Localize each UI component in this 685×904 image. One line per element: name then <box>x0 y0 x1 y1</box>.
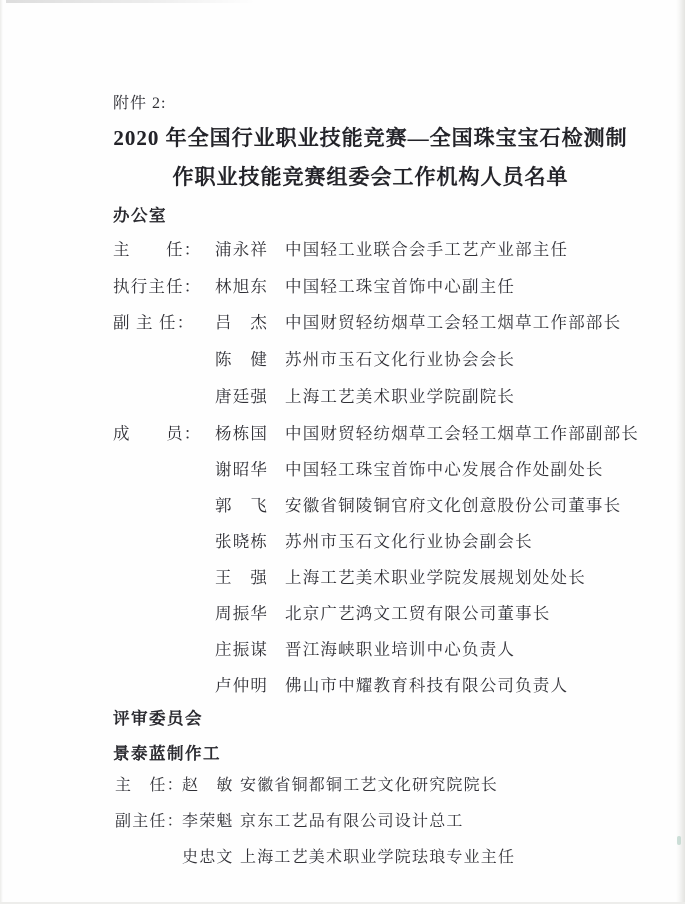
row-name: 陈 健 <box>215 350 285 370</box>
row-name: 林旭东 <box>215 277 285 297</box>
row-org: 京东工艺品有限公司设计总工 <box>240 812 464 832</box>
roster-row: 周振华北京广艺鸿文工贸有限公司董事长 <box>113 604 551 624</box>
row-org: 上海工艺美术职业学院发展规划处处长 <box>285 568 586 588</box>
row-name: 吕 杰 <box>215 313 285 333</box>
row-label: 主 任： <box>113 240 215 260</box>
roster-row: 唐廷强上海工艺美术职业学院副院长 <box>113 387 515 407</box>
roster-row: 成 员：杨栋国中国财贸轻纺烟草工会轻工烟草工作部副部长 <box>113 424 639 444</box>
row-org: 中国轻工业联合会手工艺产业部主任 <box>285 240 568 260</box>
scan-edge-artifact-right <box>676 0 685 904</box>
row-name: 唐廷强 <box>215 387 285 407</box>
row-org: 中国轻工珠宝首饰中心发展合作处副处长 <box>285 460 604 480</box>
document-title: 2020 年全国行业职业技能竞赛—全国珠宝宝石检测制 作职业技能竞赛组委会工作机… <box>88 119 653 196</box>
row-label: 执行主任： <box>113 277 215 297</box>
row-name: 庄振谋 <box>215 640 285 660</box>
section-heading-office: 办公室 <box>113 202 167 226</box>
row-name: 浦永祥 <box>215 240 285 260</box>
row-name: 王 强 <box>215 568 285 588</box>
roster-row: 谢昭华中国轻工珠宝首饰中心发展合作处副处长 <box>113 460 604 480</box>
row-org: 苏州市玉石文化行业协会副会长 <box>285 532 533 552</box>
row-label: 主 任： <box>115 776 182 796</box>
row-name: 张晓栋 <box>215 532 285 552</box>
row-name: 杨栋国 <box>215 424 285 444</box>
roster-row: 主 任：赵 敏安徽省铜都铜工艺文化研究院院长 <box>115 776 498 796</box>
row-org: 中国财贸轻纺烟草工会轻工烟草工作部部长 <box>285 313 621 333</box>
roster-row: 陈 健苏州市玉石文化行业协会会长 <box>113 350 515 370</box>
roster-row: 卢仲明佛山市中耀教育科技有限公司负责人 <box>113 676 568 696</box>
row-name: 郭 飞 <box>215 496 285 516</box>
row-org: 佛山市中耀教育科技有限公司负责人 <box>285 676 568 696</box>
roster-row: 主 任：浦永祥中国轻工业联合会手工艺产业部主任 <box>113 240 568 260</box>
roster-row: 副 主 任：吕 杰中国财贸轻纺烟草工会轻工烟草工作部部长 <box>113 313 621 333</box>
roster-row: 执行主任：林旭东中国轻工珠宝首饰中心副主任 <box>113 277 515 297</box>
row-name: 史忠文 <box>182 848 240 868</box>
section-heading-cloisonne-worker: 景泰蓝制作工 <box>113 740 221 764</box>
section-heading-review-committee: 评审委员会 <box>113 705 203 729</box>
row-org: 中国轻工珠宝首饰中心副主任 <box>285 277 515 297</box>
row-org: 上海工艺美术职业学院珐琅专业主任 <box>240 848 515 868</box>
row-name: 赵 敏 <box>182 776 240 796</box>
document-title-line2: 作职业技能竞赛组委会工作机构人员名单 <box>88 158 653 197</box>
row-org: 安徽省铜陵铜官府文化创意股份公司董事长 <box>285 496 621 516</box>
roster-row: 郭 飞安徽省铜陵铜官府文化创意股份公司董事长 <box>113 496 621 516</box>
row-org: 苏州市玉石文化行业协会会长 <box>285 350 515 370</box>
row-name: 卢仲明 <box>215 676 285 696</box>
row-org: 上海工艺美术职业学院副院长 <box>285 387 515 407</box>
scan-edge-artifact-left <box>0 0 3 904</box>
document-title-line1: 2020 年全国行业职业技能竞赛—全国珠宝宝石检测制 <box>88 119 653 158</box>
row-org: 北京广艺鸿文工贸有限公司董事长 <box>285 604 551 624</box>
roster-row: 庄振谋晋江海峡职业培训中心负责人 <box>113 640 515 660</box>
attachment-label: 附件 2: <box>113 90 166 113</box>
row-label: 副主任： <box>115 812 182 832</box>
row-org: 安徽省铜都铜工艺文化研究院院长 <box>240 776 498 796</box>
row-label: 副 主 任： <box>113 313 215 333</box>
scan-edge-artifact-top <box>6 0 256 3</box>
row-name: 周振华 <box>215 604 285 624</box>
roster-row: 史忠文上海工艺美术职业学院珐琅专业主任 <box>115 848 515 868</box>
row-label: 成 员： <box>113 424 215 444</box>
roster-row: 王 强上海工艺美术职业学院发展规划处处长 <box>113 568 586 588</box>
row-name: 谢昭华 <box>215 460 285 480</box>
scan-speck-artifact <box>677 836 681 845</box>
roster-row: 张晓栋苏州市玉石文化行业协会副会长 <box>113 532 533 552</box>
row-name: 李荣魁 <box>182 812 240 832</box>
row-org: 中国财贸轻纺烟草工会轻工烟草工作部副部长 <box>285 424 639 444</box>
scanned-document-page: 附件 2: 2020 年全国行业职业技能竞赛—全国珠宝宝石检测制 作职业技能竞赛… <box>0 0 685 904</box>
roster-row: 副主任：李荣魁京东工艺品有限公司设计总工 <box>115 812 464 832</box>
row-org: 晋江海峡职业培训中心负责人 <box>285 640 515 660</box>
